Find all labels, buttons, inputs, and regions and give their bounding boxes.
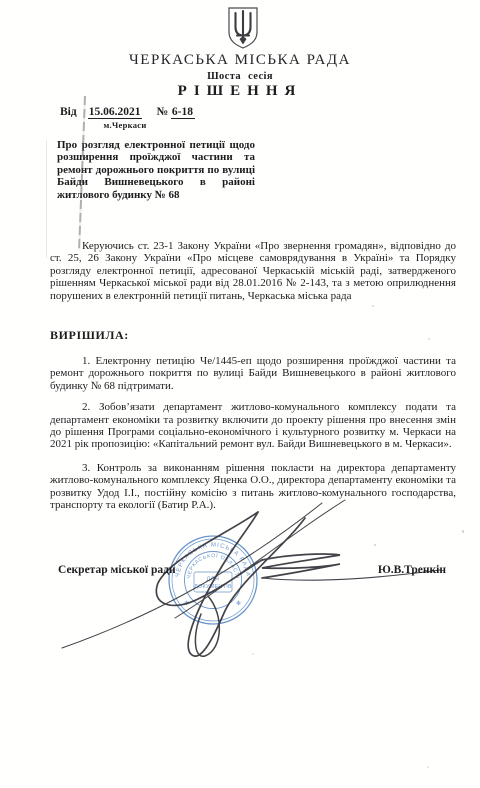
city-label: м.Черкаси <box>80 120 170 130</box>
signer-title: Секретар міської ради <box>58 564 176 576</box>
scan-faint-line <box>46 140 47 258</box>
scan-speck <box>374 544 376 546</box>
resolution-item-1: 1. Електронну петицію Че/1445-еп щодо ро… <box>50 355 456 392</box>
scanned-decision-document: ЧЕРКАСЬКА МІСЬКА РАДА Шоста сесія РІШЕНН… <box>0 0 480 788</box>
signer-name: Ю.В.Тренкін <box>378 564 446 576</box>
date-from-label: Від <box>60 106 77 118</box>
handwritten-signature <box>40 485 460 680</box>
document-type-title: РІШЕННЯ <box>0 83 480 100</box>
scan-speck <box>427 766 429 768</box>
scan-speck <box>462 530 464 533</box>
document-date: 15.06.2021 <box>88 106 143 119</box>
session-label: Шоста сесія <box>0 71 480 82</box>
scan-speck <box>428 338 430 340</box>
organization-title: ЧЕРКАСЬКА МІСЬКА РАДА <box>0 52 480 69</box>
signature-row: Секретар міської ради Ю.В.Тренкін <box>58 564 446 576</box>
scan-speck <box>252 653 254 655</box>
preamble-paragraph: Керуючись ст. 23-1 Закону України «Про з… <box>50 240 456 302</box>
resolution-heading: ВИРІШИЛА: <box>50 328 129 343</box>
document-subject: Про розгляд електронної петиції щодо роз… <box>57 139 255 201</box>
scan-speck <box>372 305 374 307</box>
resolution-item-2: 2. Зобов’язати департамент житлово-комун… <box>50 401 456 451</box>
ukraine-tryzub-emblem-icon <box>226 6 260 50</box>
document-number: 6-18 <box>171 106 195 119</box>
number-sign: № <box>156 106 168 118</box>
document-meta-line: Від15.06.2021№ 6-18 <box>60 106 195 118</box>
